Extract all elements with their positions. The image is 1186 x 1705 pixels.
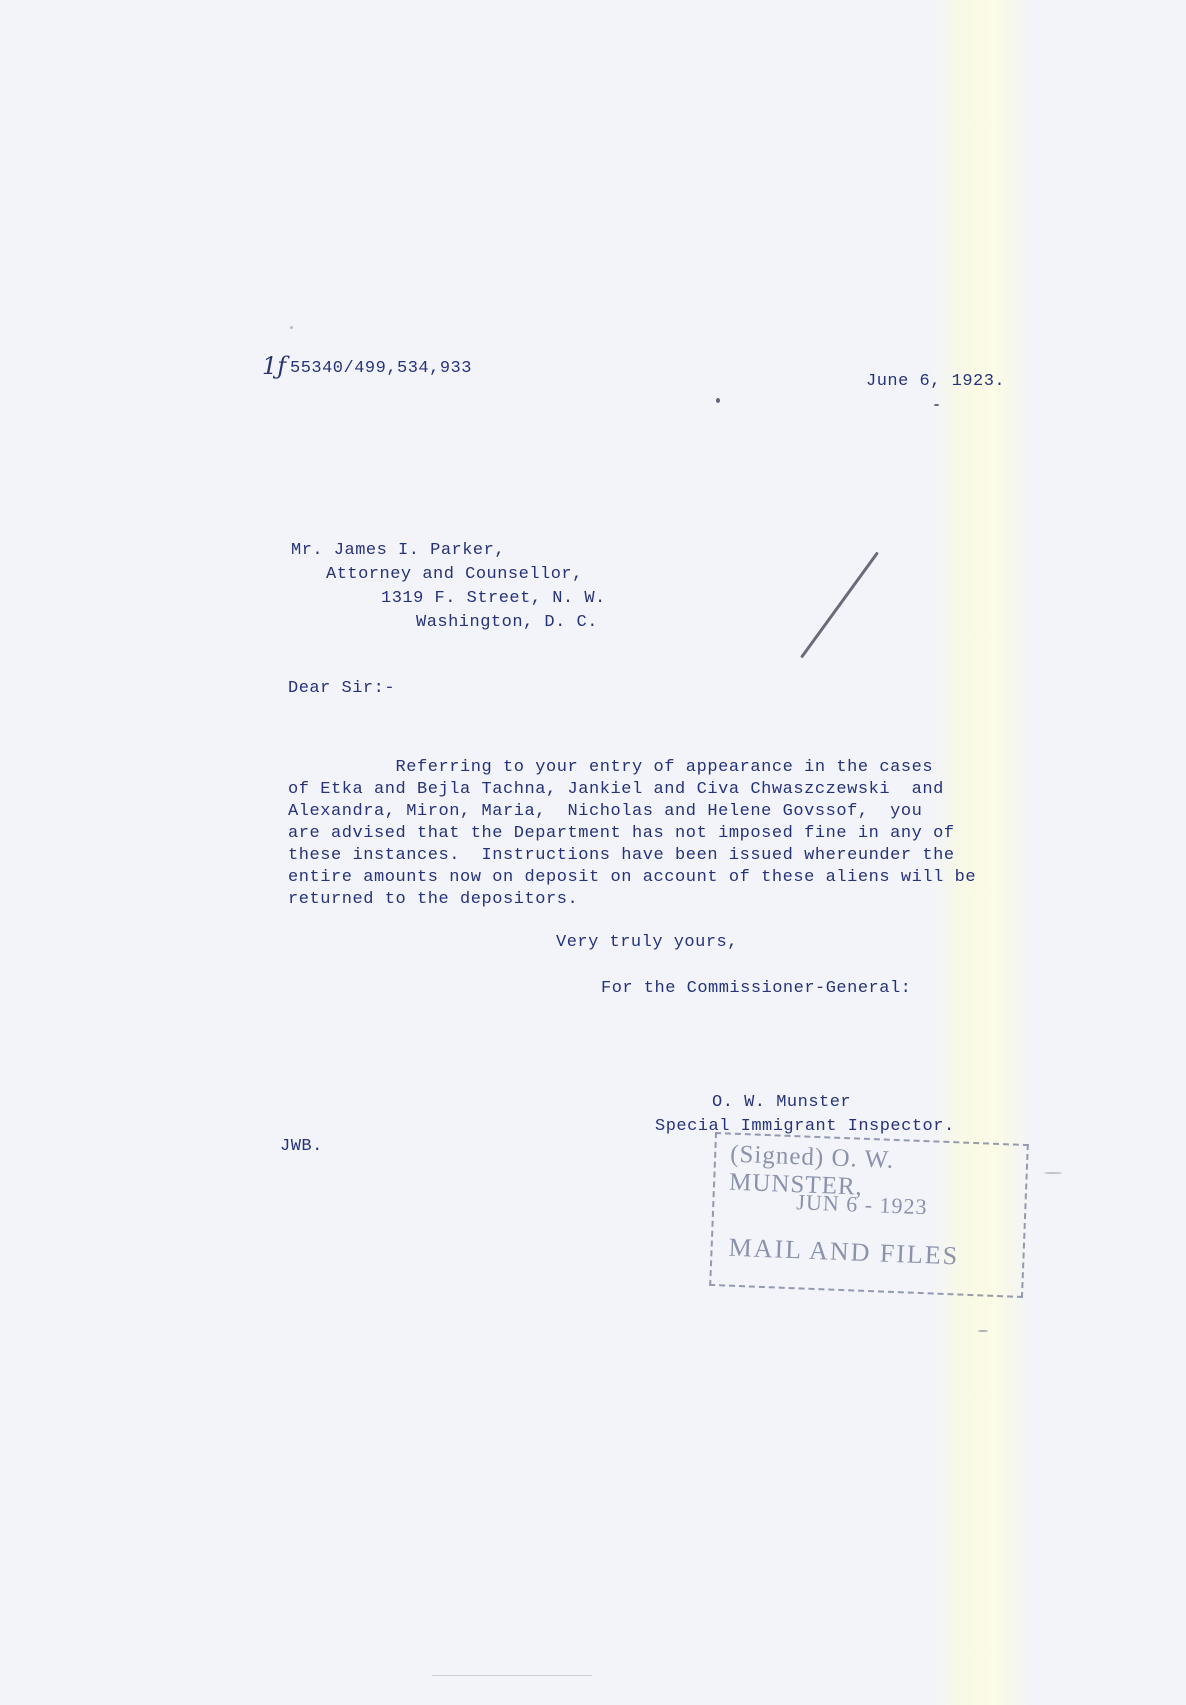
body-line: of Etka and Bejla Tachna, Jankiel and Ci… <box>288 780 944 799</box>
file-number: 55340/499,534,933 <box>290 360 472 377</box>
stamp-department: MAIL AND FILES <box>728 1233 960 1272</box>
salutation: Dear Sir:- <box>288 680 395 697</box>
ink-speck <box>978 1330 988 1332</box>
recipient-city: Washington, D. C. <box>416 614 598 631</box>
handwritten-file-prefix: 1ƒ <box>262 352 286 380</box>
ink-speck <box>290 326 293 329</box>
bottom-edge-mark <box>432 1675 592 1676</box>
body-line: these instances. Instructions have been … <box>288 846 955 865</box>
for-line: For the Commissioner-General: <box>601 980 911 997</box>
recipient-street: 1319 F. Street, N. W. <box>381 590 606 607</box>
ink-speck <box>716 398 720 403</box>
closing: Very truly yours, <box>556 934 738 951</box>
signer-title: Special Immigrant Inspector. <box>655 1118 955 1135</box>
body-line: entire amounts now on deposit on account… <box>288 868 976 887</box>
ink-speck <box>1044 1172 1062 1174</box>
ink-speck <box>934 404 939 406</box>
body-line: Alexandra, Miron, Maria, Nicholas and He… <box>288 802 922 821</box>
body-line: Referring to your entry of appearance in… <box>288 758 933 777</box>
body-line: returned to the depositors. <box>288 890 578 909</box>
typist-initials: JWB. <box>280 1138 323 1155</box>
stamp-date: JUN 6 - 1923 <box>796 1189 928 1220</box>
body-line: are advised that the Department has not … <box>288 824 955 843</box>
recipient-title: Attorney and Counsellor, <box>326 566 583 583</box>
letter-date: June 6, 1923. <box>866 373 1005 390</box>
recipient-name: Mr. James I. Parker, <box>291 542 505 559</box>
signer-name: O. W. Munster <box>712 1094 851 1111</box>
received-stamp: (Signed) O. W. MUNSTER, JUN 6 - 1923 MAI… <box>709 1132 1029 1298</box>
